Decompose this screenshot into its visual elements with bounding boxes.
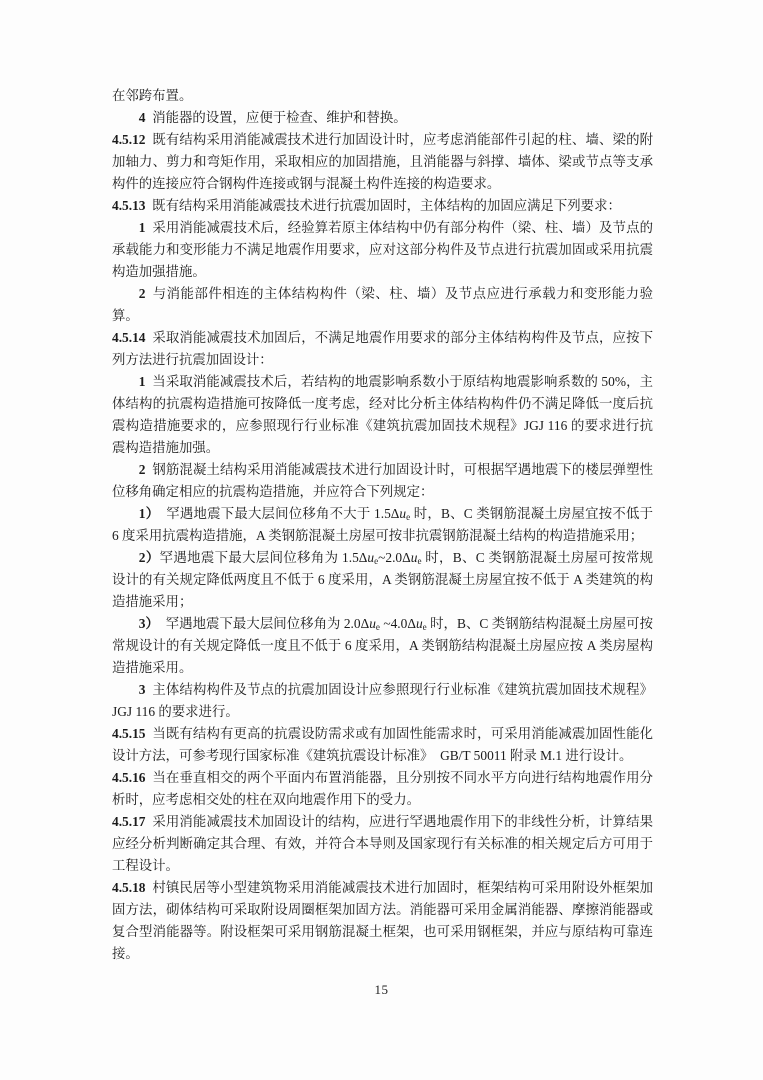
text-run: 既有结构采用消能减震技术进行加固设计时，应考虑消能部件引起的柱、墙、梁的附加轴力…: [112, 132, 653, 191]
text-run: 罕遇地震下最大层间位移角不大于 1.5Δ: [153, 506, 400, 521]
text-run: 在邻跨布置。: [112, 88, 192, 103]
text-run: 罕遇地震下最大层间位移角为 1.5Δ: [160, 550, 368, 565]
text-run: 罕遇地震下最大层间位移角为 2.0Δ: [159, 616, 369, 631]
document-page: 在邻跨布置。4 消能器的设置，应便于检查、维护和替换。4.5.12 既有结构采用…: [0, 0, 763, 1080]
text-run: ~2.0Δ: [378, 550, 411, 565]
clause-4-5-14-item-1: 1 当采取消能减震技术后，若结构的地震影响系数小于原结构地震影响系数的 50%，…: [112, 371, 653, 459]
clause-number: 1: [139, 220, 146, 235]
clause-4-5-16: 4.5.16 当在垂直相交的两个平面内布置消能器，且分别按不同水平方向进行结构地…: [112, 767, 653, 811]
clause-4-5-13: 4.5.13 既有结构采用消能减震技术进行抗震加固时，主体结构的加固应满足下列要…: [112, 195, 653, 217]
clause-number: 4.5.14: [112, 330, 145, 345]
clause-number: 2: [139, 462, 146, 477]
text-run: 消能器的设置，应便于检查、维护和替换。: [146, 110, 407, 125]
document-body: 在邻跨布置。4 消能器的设置，应便于检查、维护和替换。4.5.12 既有结构采用…: [112, 85, 653, 965]
clause-4-5-14-item-2-sub-2: 2）罕遇地震下最大层间位移角为 1.5Δue~2.0Δue 时，B、C 类钢筋混…: [112, 547, 653, 613]
clause-number: 1: [139, 374, 146, 389]
text-run: e: [417, 556, 421, 566]
clause-number: 2: [139, 286, 146, 301]
text-run: ~4.0Δ: [380, 616, 416, 631]
text-run: 采用消能减震技术后，经验算若原主体结构中仍有部分构件（梁、柱、墙）及节点的承载能…: [112, 220, 653, 279]
clause-number: 1）: [139, 506, 153, 521]
clause-number: 4.5.12: [112, 132, 145, 147]
clause-number: 3）: [139, 616, 159, 631]
item-4: 4 消能器的设置，应便于检查、维护和替换。: [112, 107, 653, 129]
page-footer: 15: [0, 981, 763, 999]
text-run: 当采取消能减震技术后，若结构的地震影响系数小于原结构地震影响系数的 50%，主体…: [112, 374, 653, 455]
clause-4-5-14-item-2: 2 钢筋混凝土结构采用消能减震技术进行加固设计时，可根据罕遇地震下的楼层弹塑性位…: [112, 459, 653, 503]
clause-number: 3: [139, 682, 146, 697]
clause-number: 4.5.16: [112, 770, 145, 785]
clause-number: 4.5.15: [112, 726, 145, 741]
clause-number: 4.5.18: [112, 880, 145, 895]
text-run: e: [406, 512, 410, 522]
clause-4-5-17: 4.5.17 采用消能减震技术加固设计的结构，应进行罕遇地震作用下的非线性分析，…: [112, 811, 653, 877]
text-run: 当在垂直相交的两个平面内布置消能器，且分别按不同水平方向进行结构地震作用分析时，…: [112, 770, 653, 807]
clause-4-5-14: 4.5.14 采取消能减震技术加固后，不满足地震作用要求的部分主体结构构件及节点…: [112, 327, 653, 371]
text-run: 采取消能减震技术加固后，不满足地震作用要求的部分主体结构构件及节点，应按下列方法…: [112, 330, 653, 367]
clause-4-5-13-item-1: 1 采用消能减震技术后，经验算若原主体结构中仍有部分构件（梁、柱、墙）及节点的承…: [112, 217, 653, 283]
text-run: 既有结构采用消能减震技术进行抗震加固时，主体结构的加固应满足下列要求：: [145, 198, 620, 213]
text-run: 村镇民居等小型建筑物采用消能减震技术进行加固时，框架结构可采用附设外框架加固方法…: [112, 880, 653, 961]
clause-number: 4.5.17: [112, 814, 145, 829]
text-run: e: [376, 622, 380, 632]
text-run: 采用消能减震技术加固设计的结构，应进行罕遇地震作用下的非线性分析，计算结果应经分…: [112, 814, 653, 873]
text-run: 与消能部件相连的主体结构构件（梁、柱、墙）及节点应进行承载力和变形能力验算。: [112, 286, 653, 323]
text-run: e: [423, 622, 427, 632]
page-number: 15: [375, 982, 389, 997]
text-run: u: [416, 616, 423, 631]
clause-4-5-13-item-2: 2 与消能部件相连的主体结构构件（梁、柱、墙）及节点应进行承载力和变形能力验算。: [112, 283, 653, 327]
para-continuation: 在邻跨布置。: [112, 85, 653, 107]
clause-number: 2）: [139, 550, 160, 565]
clause-4-5-18: 4.5.18 村镇民居等小型建筑物采用消能减震技术进行加固时，框架结构可采用附设…: [112, 877, 653, 965]
text-run: 钢筋混凝土结构采用消能减震技术进行加固设计时，可根据罕遇地震下的楼层弹塑性位移角…: [112, 462, 653, 499]
clause-4-5-12: 4.5.12 既有结构采用消能减震技术进行加固设计时，应考虑消能部件引起的柱、墙…: [112, 129, 653, 195]
clause-4-5-14-item-2-sub-1: 1） 罕遇地震下最大层间位移角不大于 1.5Δue 时，B、C 类钢筋混凝土房屋…: [112, 503, 653, 547]
clause-number: 4.5.13: [112, 198, 145, 213]
clause-4-5-14-item-3: 3 主体结构构件及节点的抗震加固设计应参照现行行业标准《建筑抗震加固技术规程》J…: [112, 679, 653, 723]
text-run: e: [374, 556, 378, 566]
text-run: 主体结构构件及节点的抗震加固设计应参照现行行业标准《建筑抗震加固技术规程》JGJ…: [112, 682, 653, 719]
clause-4-5-15: 4.5.15 当既有结构有更高的抗震设防需求或有加固性能需求时，可采用消能减震加…: [112, 723, 653, 767]
clause-number: 4: [139, 110, 146, 125]
text-run: 当既有结构有更高的抗震设防需求或有加固性能需求时，可采用消能减震加固性能化设计方…: [112, 726, 653, 763]
text-run: u: [369, 616, 376, 631]
clause-4-5-14-item-2-sub-3: 3） 罕遇地震下最大层间位移角为 2.0Δue ~4.0Δue 时，B、C 类钢…: [112, 613, 653, 679]
